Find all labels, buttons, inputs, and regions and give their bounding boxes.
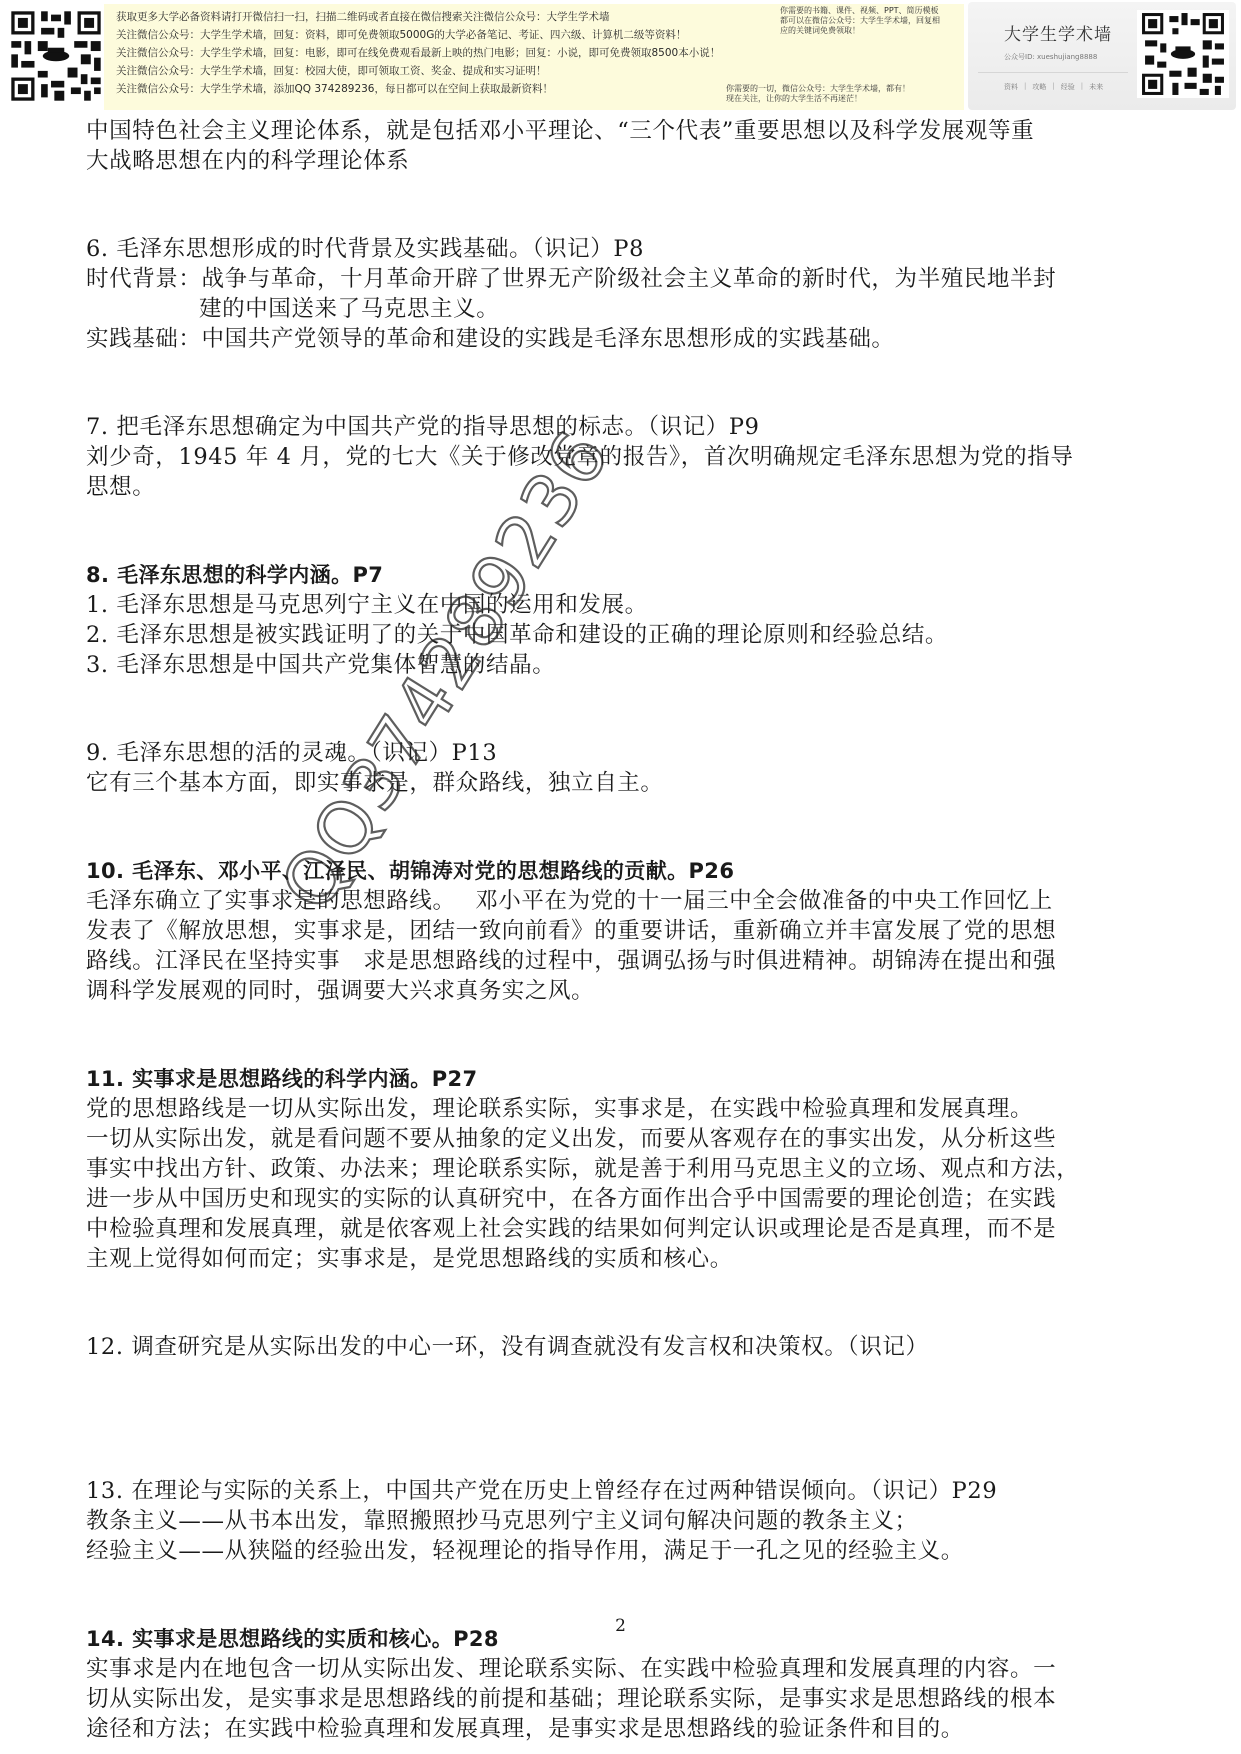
intro-paragraph: 中国特色社会主义理论体系，就是包括邓小平理论、“三个代表”重要思想以及科学发展观… [86,116,1166,176]
list-item: 2. 毛泽东思想是被实践证明了的关于中国革命和建设的正确的理论原则和经验总结。 [86,620,1166,650]
text-line: 经验主义——从狭隘的经验出发，轻视理论的指导作用，满足于一孔之见的经验主义。 [86,1536,1166,1566]
text-line: 路线。江泽民在坚持实事 求是思想路线的过程中，强调弘扬与时俱进精神。胡锦涛在提出… [86,946,1166,976]
text-line: 它有三个基本方面，即实事求是，群众路线，独立自主。 [86,768,1166,798]
list-item: 3. 毛泽东思想是中国共产党集体智慧的结晶。 [86,650,1166,680]
field-text-continued: 建的中国送来了马克思主义。 [86,294,1166,324]
text-line: 一切从实际出发，就是看问题不要从抽象的定义出发，而要从客观存在的事实出发，从分析… [86,1124,1166,1154]
text-line: 主观上觉得如何而定；实事求是，是党思想路线的实质和核心。 [86,1244,1166,1274]
text-line: 大战略思想在内的科学理论体系 [86,146,1166,176]
section-title: 8. 毛泽东思想的科学内涵。P7 [86,560,1166,590]
field-text: 中国共产党领导的革命和建设的实践是毛泽东思想形成的实践基础。 [202,324,895,354]
account-menu: 资料 | 攻略 | 经验 | 未来 [1004,82,1103,92]
text-line: 刘少奇，1945 年 4 月，党的七大《关于修改党章的报告》，首次明确规定毛泽东… [86,442,1166,472]
text-line: 党的思想路线是一切从实际出发，理论联系实际，实事求是，在实践中检验真理和发展真理… [86,1094,1166,1124]
text-line: 中国特色社会主义理论体系，就是包括邓小平理论、“三个代表”重要思想以及科学发展观… [86,116,1166,146]
menu-link-guides[interactable]: 攻略 [1032,82,1046,92]
field-text: 战争与革命，十月革命开辟了世界无产阶级社会主义革命的新时代，为半殖民地半封 [202,264,1057,294]
text-line: 事实中找出方针、政策、办法来；理论联系实际，就是善于利用马克思主义的立场、观点和… [86,1154,1166,1184]
text-line: 发表了《解放思想，实事求是，团结一致向前看》的重要讲话，重新确立并丰富发展了党的… [86,916,1166,946]
section-title: 7. 把毛泽东思想确定为中国共产党的指导思想的标志。（识记）P9 [86,412,1166,442]
document-body: 中国特色社会主义理论体系，就是包括邓小平理论、“三个代表”重要思想以及科学发展观… [86,116,1166,1744]
promo-line: 关注微信公众号：大学生学术墙，回复：资料，即可免费领取5000G的大学必备笔记、… [116,26,776,44]
text-line: 进一步从中国历史和现实的实际的认真研究中，在各方面作出合乎中国需要的理论创造；在… [86,1184,1166,1214]
promo-side-note-bottom: 你需要的一切，微信公众号：大学生学术墙，都有！ 现在关注，让你的大学生活不再迷茫… [726,84,966,104]
promo-side-note-top: 你需要的书籍、课件、视频、PPT、简历模板 都可以在微信公众号：大学生学术墙，回… [780,6,970,36]
text-line: 毛泽东确立了实事求是的思想路线。 邓小平在为党的十一届三中全会做准备的中央工作回… [86,886,1166,916]
qr-code-right [1137,10,1229,98]
qr-code-icon [1137,10,1229,98]
qr-code-left [8,8,104,104]
field-label: 实践基础： [86,324,202,354]
promo-line: 关注微信公众号：大学生学术墙，添加QQ 374289236，每日都可以在空间上获… [116,80,776,98]
text-line: 实事求是内在地包含一切从实际出发、理论联系实际、在实践中检验真理和发展真理的内容… [86,1654,1166,1684]
qr-code-icon [8,8,104,104]
section-title: 9. 毛泽东思想的活的灵魂。（识记）P13 [86,738,1166,768]
section-7: 7. 把毛泽东思想确定为中国共产党的指导思想的标志。（识记）P9 刘少奇，194… [86,412,1166,502]
section-title: 12. 调查研究是从实际出发的中心一环，没有调查就没有发言权和决策权。（识记） [86,1332,1166,1362]
section-9: 9. 毛泽东思想的活的灵魂。（识记）P13 它有三个基本方面，即实事求是，群众路… [86,738,1166,798]
page-number: 2 [0,1616,1241,1636]
section-11: 11. 实事求是思想路线的科学内涵。P27 党的思想路线是一切从实际出发，理论联… [86,1064,1166,1274]
promo-line: 关注微信公众号：大学生学术墙，回复：校园大使，即可领取工资、奖金、提成和实习证明… [116,62,776,80]
menu-link-experience[interactable]: 经验 [1061,82,1075,92]
promo-line: 获取更多大学必备资料请打开微信扫一扫，扫描二维码或者直接在微信搜索关注微信公众号… [116,8,776,26]
section-13: 13. 在理论与实际的关系上，中国共产党在历史上曾经存在过两种错误倾向。（识记）… [86,1476,1166,1566]
practice-basis-row: 实践基础： 中国共产党领导的革命和建设的实践是毛泽东思想形成的实践基础。 [86,324,1166,354]
era-background-row: 时代背景： 战争与革命，十月革命开辟了世界无产阶级社会主义革命的新时代，为半殖民… [86,264,1166,294]
account-id: 公众号ID: xueshujiang8888 [1004,52,1097,62]
menu-separator: | [1024,82,1026,92]
promo-banner: 获取更多大学必备资料请打开微信扫一扫，扫描二维码或者直接在微信搜索关注微信公众号… [0,0,1241,112]
text-line: 途径和方法；在实践中检验真理和发展真理，是事实求是思想路线的验证条件和目的。 [86,1714,1166,1744]
promo-line: 关注微信公众号：大学生学术墙，回复：电影，即可在线免费观看最新上映的热门电影；回… [116,44,776,62]
text-line: 教条主义——从书本出发，靠照搬照抄马克思列宁主义词句解决问题的教条主义； [86,1506,1166,1536]
section-title: 6. 毛泽东思想形成的时代背景及实践基础。（识记）P8 [86,234,1166,264]
menu-link-resources[interactable]: 资料 [1004,82,1018,92]
menu-link-future[interactable]: 未来 [1089,82,1103,92]
field-label: 时代背景： [86,264,202,294]
text-line: 思想。 [86,472,1166,502]
section-title: 13. 在理论与实际的关系上，中国共产党在历史上曾经存在过两种错误倾向。（识记）… [86,1476,1166,1506]
section-title: 11. 实事求是思想路线的科学内涵。P27 [86,1064,1166,1094]
list-item: 1. 毛泽东思想是马克思列宁主义在中国的运用和发展。 [86,590,1166,620]
section-6: 6. 毛泽东思想形成的时代背景及实践基础。（识记）P8 时代背景： 战争与革命，… [86,234,1166,354]
card-divider [978,72,1128,73]
menu-separator: | [1081,82,1083,92]
account-name: 大学生学术墙 [1004,20,1112,45]
menu-separator: | [1052,82,1054,92]
section-8: 8. 毛泽东思想的科学内涵。P7 1. 毛泽东思想是马克思列宁主义在中国的运用和… [86,560,1166,680]
text-line: 中检验真理和发展真理，就是依客观上社会实践的结果如何判定认识或理论是否是真理，而… [86,1214,1166,1244]
text-line: 调科学发展观的同时，强调要大兴求真务实之风。 [86,976,1166,1006]
section-12: 12. 调查研究是从实际出发的中心一环，没有调查就没有发言权和决策权。（识记） [86,1332,1166,1362]
promo-text-block: 获取更多大学必备资料请打开微信扫一扫，扫描二维码或者直接在微信搜索关注微信公众号… [116,8,776,98]
section-14: 14. 实事求是思想路线的实质和核心。P28 实事求是内在地包含一切从实际出发、… [86,1624,1166,1744]
text-line: 切从实际出发，是实事求是思想路线的前提和基础；理论联系实际，是事实求是思想路线的… [86,1684,1166,1714]
section-title: 10. 毛泽东、邓小平、江泽民、胡锦涛对党的思想路线的贡献。P26 [86,856,1166,886]
section-10: 10. 毛泽东、邓小平、江泽民、胡锦涛对党的思想路线的贡献。P26 毛泽东确立了… [86,856,1166,1006]
